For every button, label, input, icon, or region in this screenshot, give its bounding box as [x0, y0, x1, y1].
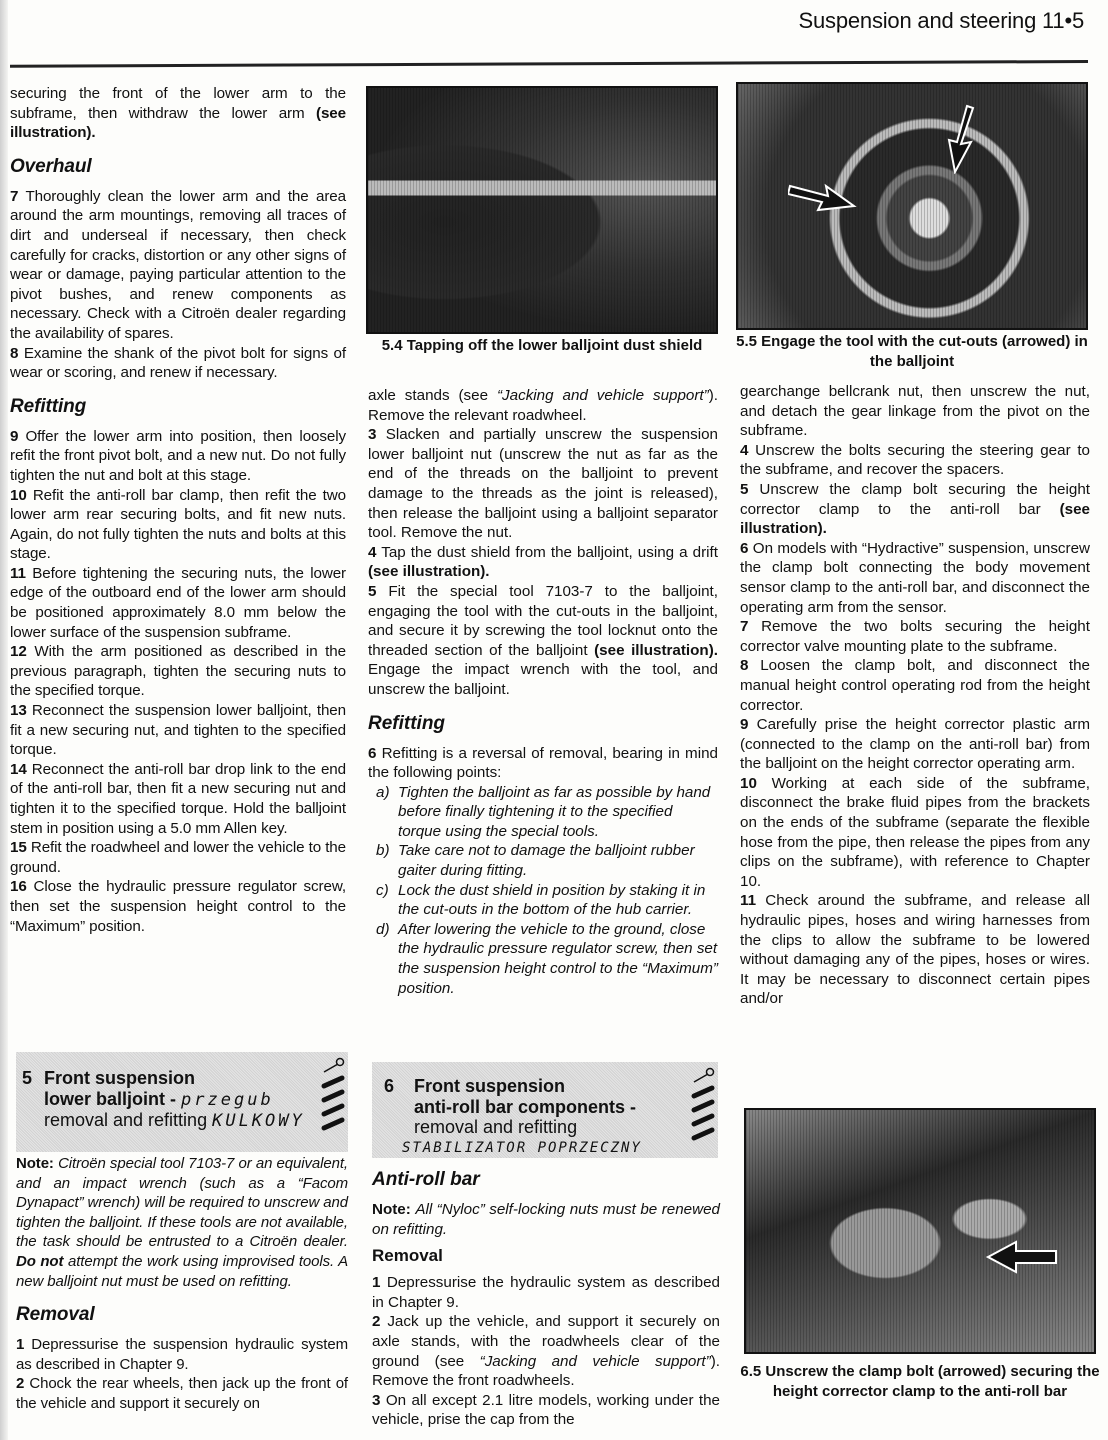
column-1: securing the front of the lower arm to t…: [10, 84, 346, 936]
step-4: 4 Tap the dust shield from the balljoint…: [368, 543, 718, 582]
column-3: gearchange bellcrank nut, then unscrew t…: [740, 382, 1090, 1009]
handwritten-annotation: KULKOWY: [212, 1111, 305, 1131]
step-12: 12 With the arm positioned as described …: [10, 642, 346, 701]
step-3: 3 Slacken and partially unscrew the susp…: [368, 425, 718, 543]
heading-refitting: Refitting: [368, 712, 718, 736]
arrow-icon: [788, 174, 858, 214]
list-item: d)After lowering the vehicle to the grou…: [376, 920, 718, 998]
step-16: 16 Close the hydraulic pressure regulato…: [10, 877, 346, 936]
step-4: 4 Unscrew the bolts securing the steerin…: [740, 441, 1090, 480]
wrench-icon: [320, 1056, 346, 1136]
step-11: 11 Check around the subframe, and releas…: [740, 891, 1090, 1009]
step-9: 9 Offer the lower arm into position, the…: [10, 427, 346, 486]
section-6-body: Anti-roll bar Note: All “Nyloc” self-loc…: [372, 1168, 720, 1430]
section-5-body: Note: Citroën special tool 7103-7 or an …: [16, 1154, 348, 1414]
refitting-points: a)Tighten the balljoint as far as possib…: [376, 783, 718, 999]
handwritten-annotation: przegub: [181, 1090, 274, 1110]
figure-6-5-caption: 6.5 Unscrew the clamp bolt (arrowed) sec…: [740, 1362, 1100, 1401]
step-6: 6 On models with “Hydractive” suspension…: [740, 539, 1090, 617]
heading-removal: Removal: [16, 1303, 348, 1327]
figure-5-4-caption: 5.4 Tapping off the lower balljoint dust…: [366, 336, 718, 356]
section-5-note: Note: Citroën special tool 7103-7 or an …: [16, 1154, 348, 1291]
wrench-icon: [690, 1066, 716, 1146]
list-item: b)Take care not to damage the balljoint …: [376, 841, 718, 880]
step-13: 13 Reconnect the suspension lower balljo…: [10, 701, 346, 760]
overhaul-steps: 7 Thoroughly clean the lower arm and the…: [10, 187, 346, 383]
step-7: 7 Remove the two bolts securing the heig…: [740, 617, 1090, 656]
step-8: 8 Examine the shank of the pivot bolt fo…: [10, 344, 346, 383]
paragraph-continued: securing the front of the lower arm to t…: [10, 84, 346, 143]
column-2: axle stands (see “Jacking and vehicle su…: [368, 386, 718, 998]
step-8: 8 Loosen the clamp bolt, and disconnect …: [740, 656, 1090, 715]
figure-5-4-photo: [366, 86, 718, 334]
page-binding-edge: [0, 0, 8, 1440]
paragraph-continued: axle stands (see “Jacking and vehicle su…: [368, 386, 718, 425]
step-1: 1 Depressurise the suspension hydraulic …: [16, 1335, 348, 1374]
heading-anti-roll-bar: Anti-roll bar: [372, 1168, 720, 1192]
figure-6-5-photo: [744, 1108, 1096, 1354]
arrow-icon: [943, 104, 977, 174]
step-7: 7 Thoroughly clean the lower arm and the…: [10, 187, 346, 344]
refitting-steps: 9 Offer the lower arm into position, the…: [10, 427, 346, 936]
removal-steps: 1 Depressurise the suspension hydraulic …: [16, 1335, 348, 1413]
difficulty-wrench-icons: [320, 1056, 346, 1138]
step-2: 2 Chock the rear wheels, then jack up th…: [16, 1374, 348, 1413]
step-5: 5 Fit the special tool 7103-7 to the bal…: [368, 582, 718, 700]
section-5-heading-box: 5 Front suspension lower balljoint - prz…: [16, 1052, 348, 1152]
step-3: 3 On all except 2.1 litre models, workin…: [372, 1391, 720, 1430]
figure-5-5-caption: 5.5 Engage the tool with the cut-outs (a…: [736, 332, 1088, 371]
step-6: 6 Refitting is a reversal of removal, be…: [368, 744, 718, 783]
step-15: 15 Refit the roadwheel and lower the veh…: [10, 838, 346, 877]
section-6-heading-box: 6 Front suspension anti-roll bar compone…: [372, 1062, 718, 1158]
section-number: 5: [22, 1068, 32, 1089]
figure-5-5-photo: [736, 82, 1088, 330]
step-9: 9 Carefully prise the height corrector p…: [740, 715, 1090, 774]
section-title: Front suspension anti-roll bar component…: [414, 1076, 642, 1158]
section-title: Front suspension lower balljoint - przeg…: [44, 1068, 305, 1132]
list-item: c)Lock the dust shield in position by st…: [376, 881, 718, 920]
step-1: 1 Depressurise the hydraulic system as d…: [372, 1273, 720, 1312]
handwritten-annotation: STABILIZATOR POPRZECZNY: [402, 1138, 642, 1159]
heading-removal: Removal: [372, 1245, 720, 1267]
step-10: 10 Working at each side of the subframe,…: [740, 774, 1090, 892]
header-rule: [10, 60, 1088, 68]
heading-refitting: Refitting: [10, 395, 346, 419]
section-number: 6: [384, 1076, 394, 1097]
difficulty-wrench-icons: [690, 1066, 716, 1148]
step-14: 14 Reconnect the anti-roll bar drop link…: [10, 760, 346, 838]
removal-steps: 6 On models with “Hydractive” suspension…: [740, 539, 1090, 1009]
heading-overhaul: Overhaul: [10, 155, 346, 179]
removal-steps: 3 Slacken and partially unscrew the susp…: [368, 425, 718, 543]
arrow-icon: [986, 1240, 1058, 1274]
step-5: 5 Unscrew the clamp bolt securing the he…: [740, 480, 1090, 539]
step-2: 2 Jack up the vehicle, and support it se…: [372, 1312, 720, 1390]
section-6-note: Note: All “Nyloc” self-locking nuts must…: [372, 1200, 720, 1239]
list-item: a)Tighten the balljoint as far as possib…: [376, 783, 718, 842]
step-10: 10 Refit the anti-roll bar clamp, then r…: [10, 486, 346, 564]
running-head: Suspension and steering 11•5: [799, 8, 1084, 34]
paragraph-continued: gearchange bellcrank nut, then unscrew t…: [740, 382, 1090, 441]
step-11: 11 Before tightening the securing nuts, …: [10, 564, 346, 642]
